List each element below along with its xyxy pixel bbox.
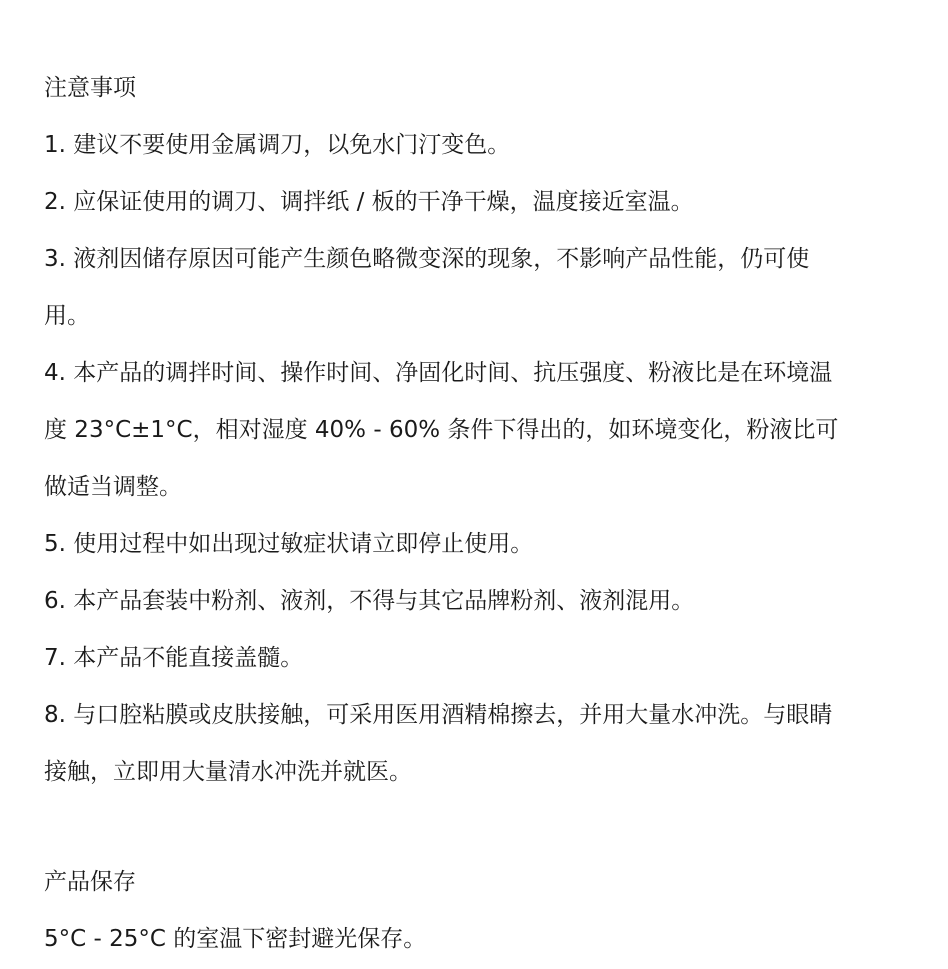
note-line: 4. 本产品的调拌时间、操作时间、净固化时间、抗压强度、粉液比是在环境温	[44, 345, 904, 402]
note-line: 用。	[44, 288, 904, 345]
note-line: 1. 建议不要使用金属调刀，以免水门汀变色。	[44, 117, 904, 174]
instructions-document: 注意事项 1. 建议不要使用金属调刀，以免水门汀变色。 2. 应保证使用的调刀、…	[44, 60, 904, 968]
note-item-4: 4. 本产品的调拌时间、操作时间、净固化时间、抗压强度、粉液比是在环境温 度 2…	[44, 345, 904, 516]
storage-heading: 产品保存	[44, 854, 904, 911]
section-spacer	[44, 801, 904, 854]
note-item-1: 1. 建议不要使用金属调刀，以免水门汀变色。	[44, 117, 904, 174]
note-line: 接触，立即用大量清水冲洗并就医。	[44, 744, 904, 801]
note-line: 度 23°C±1°C，相对湿度 40% - 60% 条件下得出的，如环境变化，粉…	[44, 402, 904, 459]
note-item-8: 8. 与口腔粘膜或皮肤接触，可采用医用酒精棉擦去，并用大量水冲洗。与眼睛 接触，…	[44, 687, 904, 801]
note-line: 3. 液剂因储存原因可能产生颜色略微变深的现象，不影响产品性能，仍可使	[44, 231, 904, 288]
note-item-7: 7. 本产品不能直接盖髓。	[44, 630, 904, 687]
note-line: 6. 本产品套装中粉剂、液剂，不得与其它品牌粉剂、液剂混用。	[44, 573, 904, 630]
note-line: 8. 与口腔粘膜或皮肤接触，可采用医用酒精棉擦去，并用大量水冲洗。与眼睛	[44, 687, 904, 744]
note-item-2: 2. 应保证使用的调刀、调拌纸 / 板的干净干燥，温度接近室温。	[44, 174, 904, 231]
note-item-3: 3. 液剂因储存原因可能产生颜色略微变深的现象，不影响产品性能，仍可使 用。	[44, 231, 904, 345]
notes-heading: 注意事项	[44, 60, 904, 117]
notes-list: 1. 建议不要使用金属调刀，以免水门汀变色。 2. 应保证使用的调刀、调拌纸 /…	[44, 117, 904, 801]
note-line: 5. 使用过程中如出现过敏症状请立即停止使用。	[44, 516, 904, 573]
note-line: 2. 应保证使用的调刀、调拌纸 / 板的干净干燥，温度接近室温。	[44, 174, 904, 231]
note-item-6: 6. 本产品套装中粉剂、液剂，不得与其它品牌粉剂、液剂混用。	[44, 573, 904, 630]
storage-text: 5°C - 25°C 的室温下密封避光保存。	[44, 911, 904, 968]
note-line: 7. 本产品不能直接盖髓。	[44, 630, 904, 687]
note-item-5: 5. 使用过程中如出现过敏症状请立即停止使用。	[44, 516, 904, 573]
note-line: 做适当调整。	[44, 459, 904, 516]
